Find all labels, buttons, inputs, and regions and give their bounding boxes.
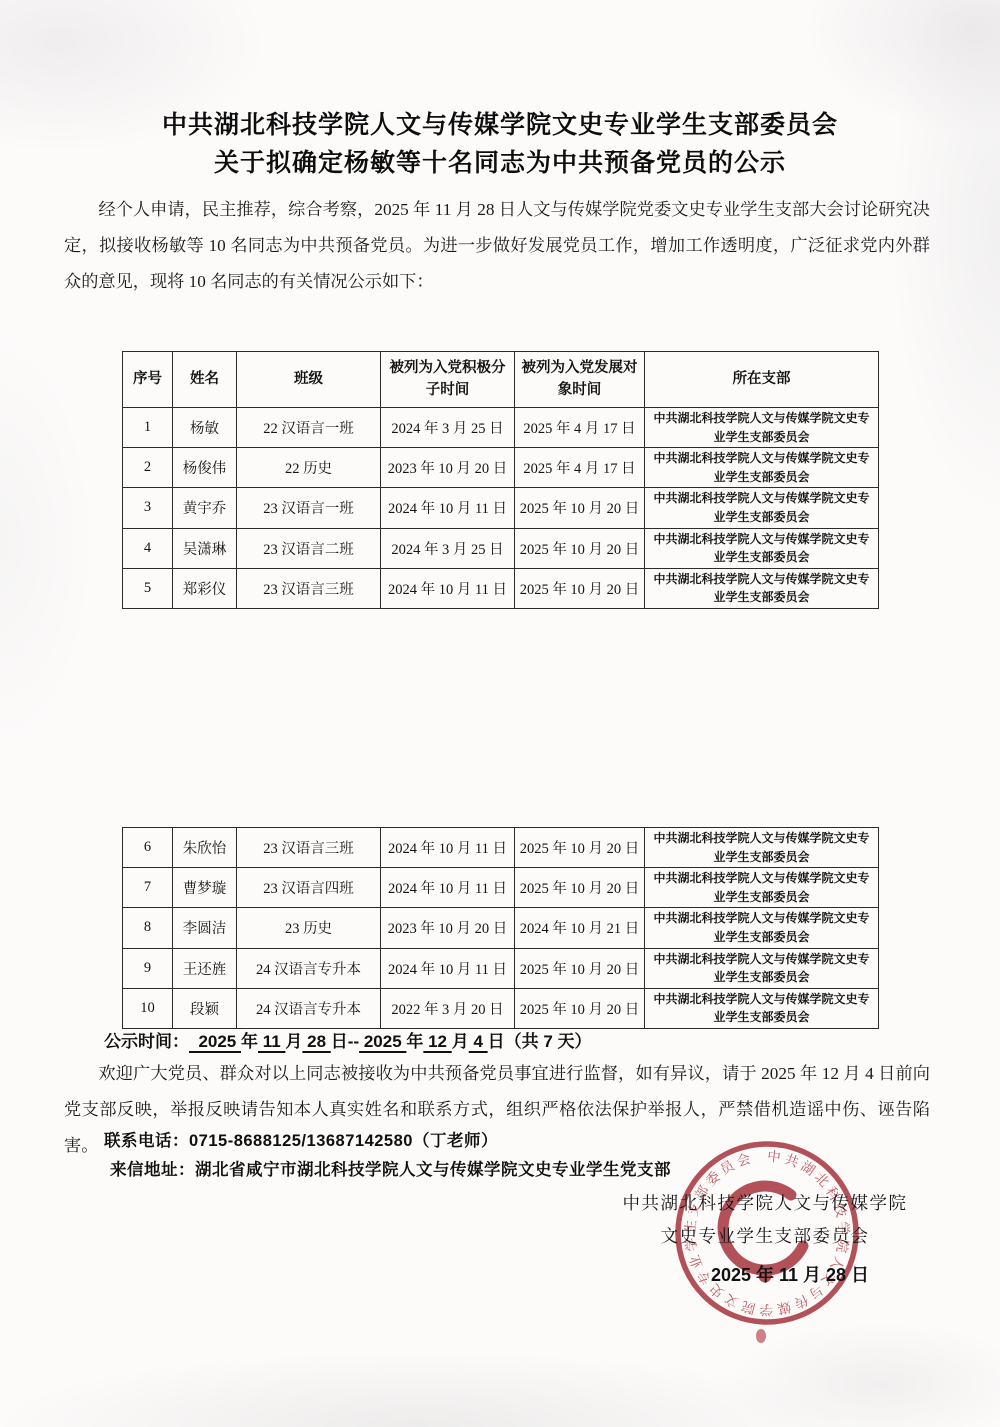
table-row: 7曹梦璇23 汉语言四班2024 年 10 月 11 日2025 年 10 月 … xyxy=(123,868,879,908)
cell-name: 朱欣怡 xyxy=(173,828,237,868)
header-development-date: 被列为入党发展对象时间 xyxy=(515,352,645,408)
cell-class: 23 汉语言三班 xyxy=(237,568,381,608)
cell-class: 23 汉语言二班 xyxy=(237,528,381,568)
cell-class: 22 历史 xyxy=(237,448,381,488)
document-title: 中共湖北科技学院人文与传媒学院文史专业学生支部委员会 关于拟确定杨敏等十名同志为… xyxy=(0,106,1000,182)
cell-name: 郑彩仪 xyxy=(173,568,237,608)
cell-activist-date: 2024 年 10 月 11 日 xyxy=(381,948,515,988)
cell-activist-date: 2024 年 10 月 11 日 xyxy=(381,828,515,868)
cell-activist-date: 2024 年 3 月 25 日 xyxy=(381,528,515,568)
signature-org-line1: 中共湖北科技学院人文与传媒学院 xyxy=(600,1190,930,1215)
cell-name: 王还旌 xyxy=(173,948,237,988)
cell-branch: 中共湖北科技学院人文与传媒学院文史专业学生支部委员会 xyxy=(645,988,879,1028)
cell-development-date: 2025 年 10 月 20 日 xyxy=(515,488,645,528)
table-row: 4吴潇琳23 汉语言二班2024 年 3 月 25 日2025 年 10 月 2… xyxy=(123,528,879,568)
cell-class: 24 汉语言专升本 xyxy=(237,988,381,1028)
publicity-date-unit: 月 xyxy=(452,1032,469,1051)
cell-development-date: 2025 年 10 月 20 日 xyxy=(515,828,645,868)
cell-development-date: 2025 年 4 月 17 日 xyxy=(515,408,645,448)
publicity-period-line: 公示时间： 2025 年 11 月 28 日-- 2025 年 12 月 4 日… xyxy=(104,1027,592,1052)
cell-activist-date: 2024 年 10 月 11 日 xyxy=(381,488,515,528)
table-row: 9王还旌24 汉语言专升本2024 年 10 月 11 日2025 年 10 月… xyxy=(123,948,879,988)
cell-name: 段颖 xyxy=(173,988,237,1028)
cell-name: 黄宇乔 xyxy=(173,488,237,528)
table-row: 6朱欣怡23 汉语言三班2024 年 10 月 11 日2025 年 10 月 … xyxy=(123,828,879,868)
header-class: 班级 xyxy=(237,352,381,408)
cell-development-date: 2025 年 10 月 20 日 xyxy=(515,868,645,908)
cell-activist-date: 2022 年 3 月 20 日 xyxy=(381,988,515,1028)
cell-branch: 中共湖北科技学院人文与传媒学院文史专业学生支部委员会 xyxy=(645,488,879,528)
table-row: 3黄宇乔23 汉语言一班2024 年 10 月 11 日2025 年 10 月 … xyxy=(123,488,879,528)
header-no: 序号 xyxy=(123,352,173,408)
cell-activist-date: 2024 年 10 月 11 日 xyxy=(381,568,515,608)
cell-no: 1 xyxy=(123,408,173,448)
publicity-date-unit: 年 xyxy=(406,1032,423,1051)
cell-branch: 中共湖北科技学院人文与传媒学院文史专业学生支部委员会 xyxy=(645,528,879,568)
cell-development-date: 2025 年 4 月 17 日 xyxy=(515,448,645,488)
cell-no: 5 xyxy=(123,568,173,608)
table-row: 2杨俊伟22 历史2023 年 10 月 20 日2025 年 4 月 17 日… xyxy=(123,448,879,488)
title-line-1: 中共湖北科技学院人文与传媒学院文史专业学生支部委员会 xyxy=(0,106,1000,144)
cell-class: 23 汉语言四班 xyxy=(237,868,381,908)
cell-name: 杨敏 xyxy=(173,408,237,448)
cell-no: 4 xyxy=(123,528,173,568)
cell-name: 吴潇琳 xyxy=(173,528,237,568)
publicity-date-value: 2025 xyxy=(359,1032,406,1051)
mail-address-value: 湖北省咸宁市湖北科技学院人文与传媒学院文史专业学生党支部 xyxy=(195,1161,671,1179)
contact-phone-label: 联系电话： xyxy=(104,1132,189,1150)
cell-branch: 中共湖北科技学院人文与传媒学院文史专业学生支部委员会 xyxy=(645,908,879,948)
signature-date: 2025 年 11 月 28 日 xyxy=(640,1261,940,1287)
cell-class: 22 汉语言一班 xyxy=(237,408,381,448)
publicity-date-value: 28 xyxy=(302,1032,330,1051)
contact-phone-value: 0715-8688125/13687142580（丁老师） xyxy=(189,1132,498,1150)
table-header-row: 序号 姓名 班级 被列为入党积极分子时间 被列为入党发展对象时间 所在支部 xyxy=(123,352,879,408)
cell-development-date: 2025 年 10 月 20 日 xyxy=(515,988,645,1028)
cell-branch: 中共湖北科技学院人文与传媒学院文史专业学生支部委员会 xyxy=(645,568,879,608)
cell-no: 8 xyxy=(123,908,173,948)
mail-address-line: 来信地址：湖北省咸宁市湖北科技学院人文与传媒学院文史专业学生党支部 xyxy=(110,1156,671,1180)
publicity-date-value: 11 xyxy=(258,1032,285,1051)
table-row: 10段颖24 汉语言专升本2022 年 3 月 20 日2025 年 10 月 … xyxy=(123,988,879,1028)
cell-branch: 中共湖北科技学院人文与传媒学院文史专业学生支部委员会 xyxy=(645,408,879,448)
cell-no: 6 xyxy=(123,828,173,868)
publicity-date-unit: 年 xyxy=(241,1032,258,1051)
cell-name: 杨俊伟 xyxy=(173,448,237,488)
publicity-date-unit: 日-- xyxy=(331,1032,359,1051)
mail-address-label: 来信地址： xyxy=(110,1161,195,1179)
cell-no: 9 xyxy=(123,948,173,988)
publicity-date-unit: 月 xyxy=(285,1032,302,1051)
table-row: 5郑彩仪23 汉语言三班2024 年 10 月 11 日2025 年 10 月 … xyxy=(123,568,879,608)
publicity-date-value: 12 xyxy=(423,1032,451,1051)
cell-branch: 中共湖北科技学院人文与传媒学院文史专业学生支部委员会 xyxy=(645,868,879,908)
cell-development-date: 2025 年 10 月 20 日 xyxy=(515,528,645,568)
cell-no: 10 xyxy=(123,988,173,1028)
cell-no: 7 xyxy=(123,868,173,908)
publicity-date-unit: 日（共 7 天） xyxy=(488,1032,592,1051)
cell-class: 24 汉语言专升本 xyxy=(237,948,381,988)
cell-name: 李圆洁 xyxy=(173,908,237,948)
cell-activist-date: 2023 年 10 月 20 日 xyxy=(381,448,515,488)
title-line-2: 关于拟确定杨敏等十名同志为中共预备党员的公示 xyxy=(0,144,1000,182)
header-activist-date: 被列为入党积极分子时间 xyxy=(381,352,515,408)
candidates-table-part2: 6朱欣怡23 汉语言三班2024 年 10 月 11 日2025 年 10 月 … xyxy=(122,827,879,1029)
cell-no: 2 xyxy=(123,448,173,488)
cell-no: 3 xyxy=(123,488,173,528)
cell-branch: 中共湖北科技学院人文与传媒学院文史专业学生支部委员会 xyxy=(645,948,879,988)
cell-class: 23 汉语言一班 xyxy=(237,488,381,528)
cell-development-date: 2024 年 10 月 21 日 xyxy=(515,908,645,948)
publicity-date-value: 2025 xyxy=(189,1032,241,1051)
cell-branch: 中共湖北科技学院人文与传媒学院文史专业学生支部委员会 xyxy=(645,448,879,488)
table-row: 1杨敏22 汉语言一班2024 年 3 月 25 日2025 年 4 月 17 … xyxy=(123,408,879,448)
cell-name: 曹梦璇 xyxy=(173,868,237,908)
contact-phone-line: 联系电话：0715-8688125/13687142580（丁老师） xyxy=(104,1127,498,1151)
cell-development-date: 2025 年 10 月 20 日 xyxy=(515,948,645,988)
cell-class: 23 历史 xyxy=(237,908,381,948)
cell-development-date: 2025 年 10 月 20 日 xyxy=(515,568,645,608)
publicity-date-value: 4 xyxy=(469,1032,488,1051)
cell-activist-date: 2023 年 10 月 20 日 xyxy=(381,908,515,948)
signature-org-line2: 文史专业学生支部委员会 xyxy=(600,1223,930,1248)
cell-class: 23 汉语言三班 xyxy=(237,828,381,868)
cell-activist-date: 2024 年 10 月 11 日 xyxy=(381,868,515,908)
cell-activist-date: 2024 年 3 月 25 日 xyxy=(381,408,515,448)
header-name: 姓名 xyxy=(173,352,237,408)
candidates-table-part1: 序号 姓名 班级 被列为入党积极分子时间 被列为入党发展对象时间 所在支部 1杨… xyxy=(122,351,879,609)
table-row: 8李圆洁23 历史2023 年 10 月 20 日2024 年 10 月 21 … xyxy=(123,908,879,948)
cell-branch: 中共湖北科技学院人文与传媒学院文史专业学生支部委员会 xyxy=(645,828,879,868)
publicity-period-label: 公示时间： xyxy=(104,1032,189,1051)
intro-paragraph: 经个人申请，民主推荐，综合考察，2025 年 11 月 28 日人文与传媒学院党… xyxy=(64,192,930,300)
document-page: 中共湖北科技学院人文与传媒学院文史专业学生支部委员会 关于拟确定杨敏等十名同志为… xyxy=(0,0,1000,1427)
header-branch: 所在支部 xyxy=(645,352,879,408)
